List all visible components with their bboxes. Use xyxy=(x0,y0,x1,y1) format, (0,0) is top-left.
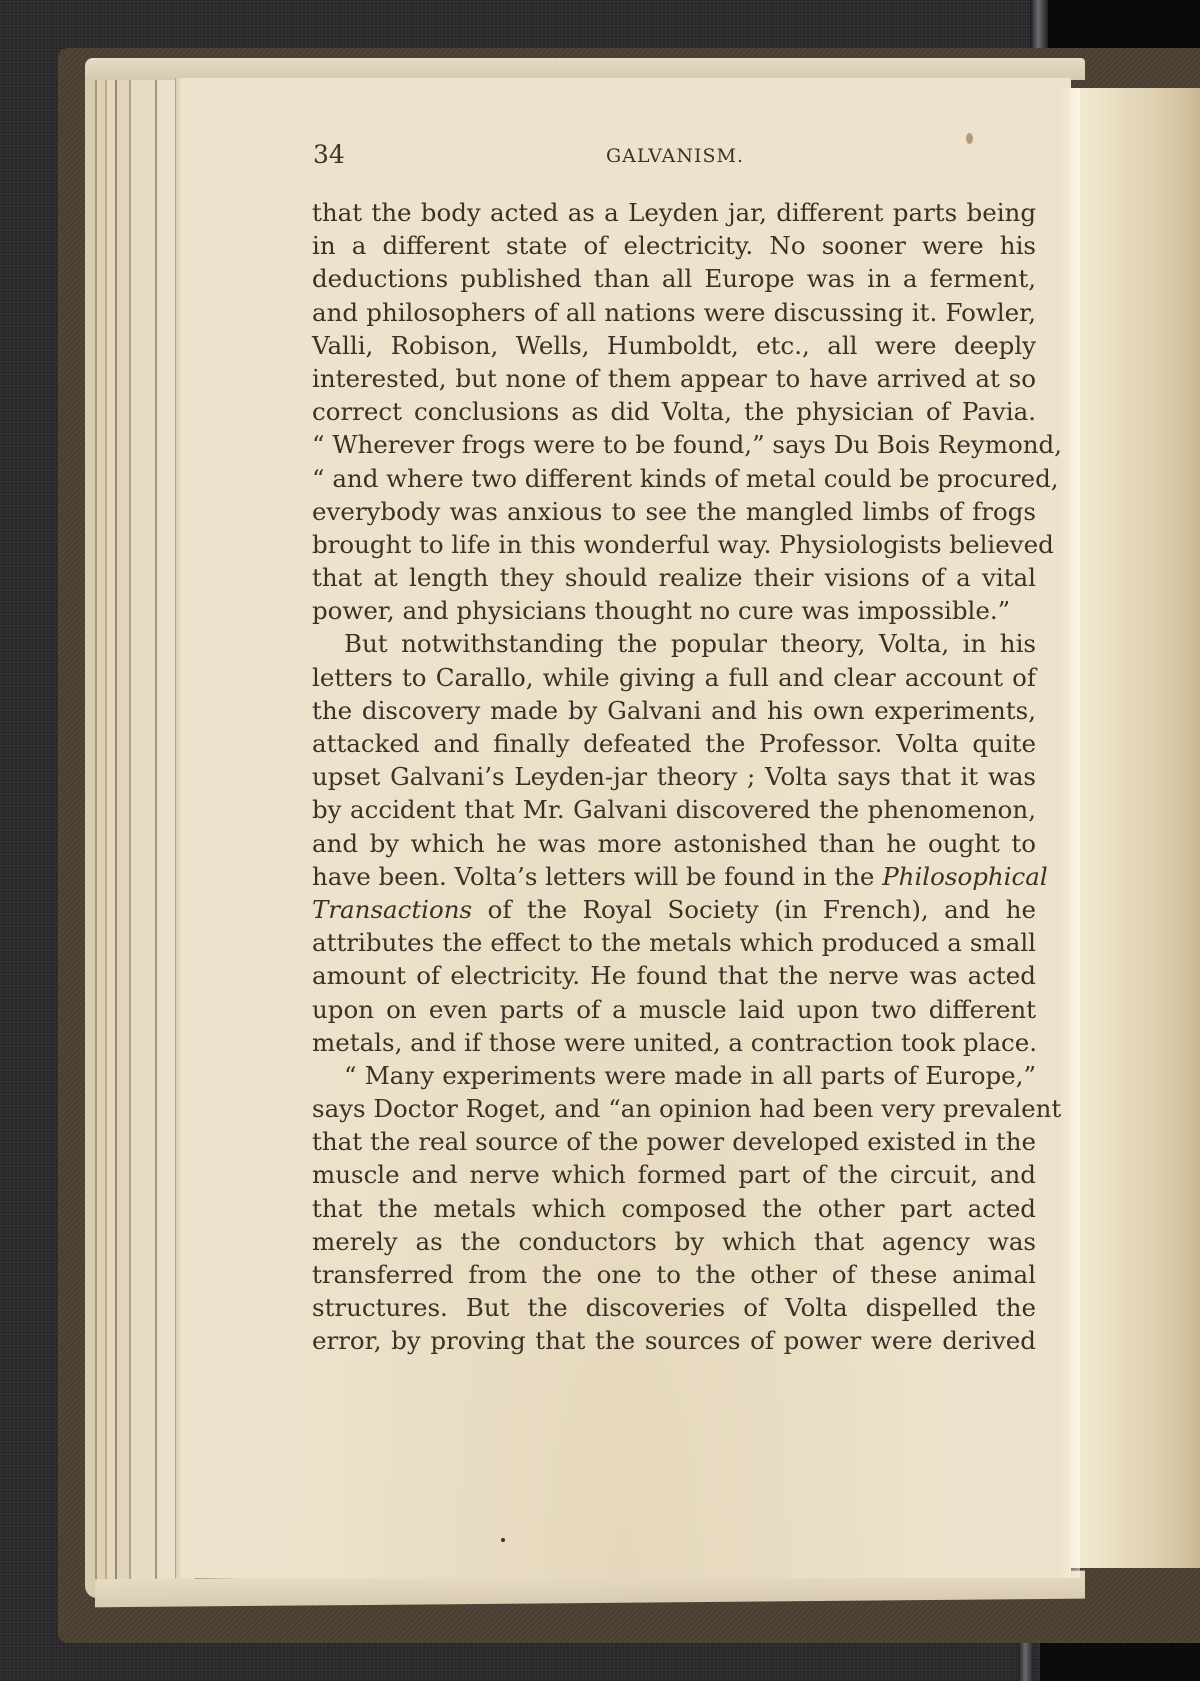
text-line: merely as the conductors by which that a… xyxy=(312,1225,1036,1258)
text-line: Valli, Robison, Wells, Humboldt, etc., a… xyxy=(312,329,1036,362)
text-line: amount of electricity. He found that the… xyxy=(312,959,1036,992)
running-head: 34 GALVANISM. xyxy=(313,140,1037,176)
text-line: error, by proving that the sources of po… xyxy=(312,1324,1036,1357)
text-line: and by which he was more astonished than… xyxy=(312,827,1036,860)
text-line: upon on even parts of a muscle laid upon… xyxy=(312,993,1036,1026)
facing-page-gutter xyxy=(1070,88,1200,1568)
text-line: Transactions of the Royal Society (in Fr… xyxy=(312,893,1036,926)
page-curve-highlight xyxy=(1060,88,1080,1578)
text-line: and philosophers of all nations were dis… xyxy=(312,296,1036,329)
text-line: muscle and nerve which formed part of th… xyxy=(312,1158,1036,1191)
text-line: that the body acted as a Leyden jar, dif… xyxy=(312,196,1036,229)
text-line: power, and physicians thought no cure wa… xyxy=(312,594,1036,627)
text-line: that the real source of the power develo… xyxy=(312,1125,1036,1158)
body-text: that the body acted as a Leyden jar, dif… xyxy=(312,196,1036,1358)
text-line: in a different state of electricity. No … xyxy=(312,229,1036,262)
text-line: that at length they should realize their… xyxy=(312,561,1036,594)
text-line: structures. But the discoveries of Volta… xyxy=(312,1291,1036,1324)
text-line: letters to Carallo, while giving a full … xyxy=(312,661,1036,694)
text-line: the discovery made by Galvani and his ow… xyxy=(312,694,1036,727)
text-line: metals, and if those were united, a cont… xyxy=(312,1026,1036,1059)
text-line: by accident that Mr. Galvani discovered … xyxy=(312,793,1036,826)
text-line: transferred from the one to the other of… xyxy=(312,1258,1036,1291)
italic-title: Transactions xyxy=(312,895,472,924)
text-line: upset Galvani’s Leyden-jar theory ; Volt… xyxy=(312,760,1036,793)
text-line: that the metals which composed the other… xyxy=(312,1192,1036,1225)
running-head-title: GALVANISM. xyxy=(313,145,1037,167)
italic-title: Philosophical xyxy=(882,862,1047,891)
text-line: correct conclusions as did Volta, the ph… xyxy=(312,395,1036,428)
paragraph-start-line: “ Many experiments were made in all part… xyxy=(312,1059,1036,1092)
text-line: says Doctor Roget, and “an opinion had b… xyxy=(312,1092,1036,1125)
text-line: everybody was anxious to see the mangled… xyxy=(312,495,1036,528)
text-line: have been. Volta’s letters will be found… xyxy=(312,860,1036,893)
foxing-spot xyxy=(501,1538,505,1542)
text-line: attacked and finally defeated the Profes… xyxy=(312,727,1036,760)
text-line: “ and where two different kinds of metal… xyxy=(312,462,1036,495)
text-line: interested, but none of them appear to h… xyxy=(312,362,1036,395)
text-segment: of the Royal Society (in French), and he xyxy=(472,895,1036,924)
paragraph-start-line: But notwithstanding the popular theory, … xyxy=(312,627,1036,660)
page-stack-top xyxy=(85,58,1085,80)
text-line: brought to life in this wonderful way. P… xyxy=(312,528,1036,561)
text-line: attributes the effect to the metals whic… xyxy=(312,926,1036,959)
text-segment: have been. Volta’s letters will be found… xyxy=(312,862,882,891)
text-line: “ Wherever frogs were to be found,” says… xyxy=(312,428,1036,461)
text-line: deductions published than all Europe was… xyxy=(312,262,1036,295)
